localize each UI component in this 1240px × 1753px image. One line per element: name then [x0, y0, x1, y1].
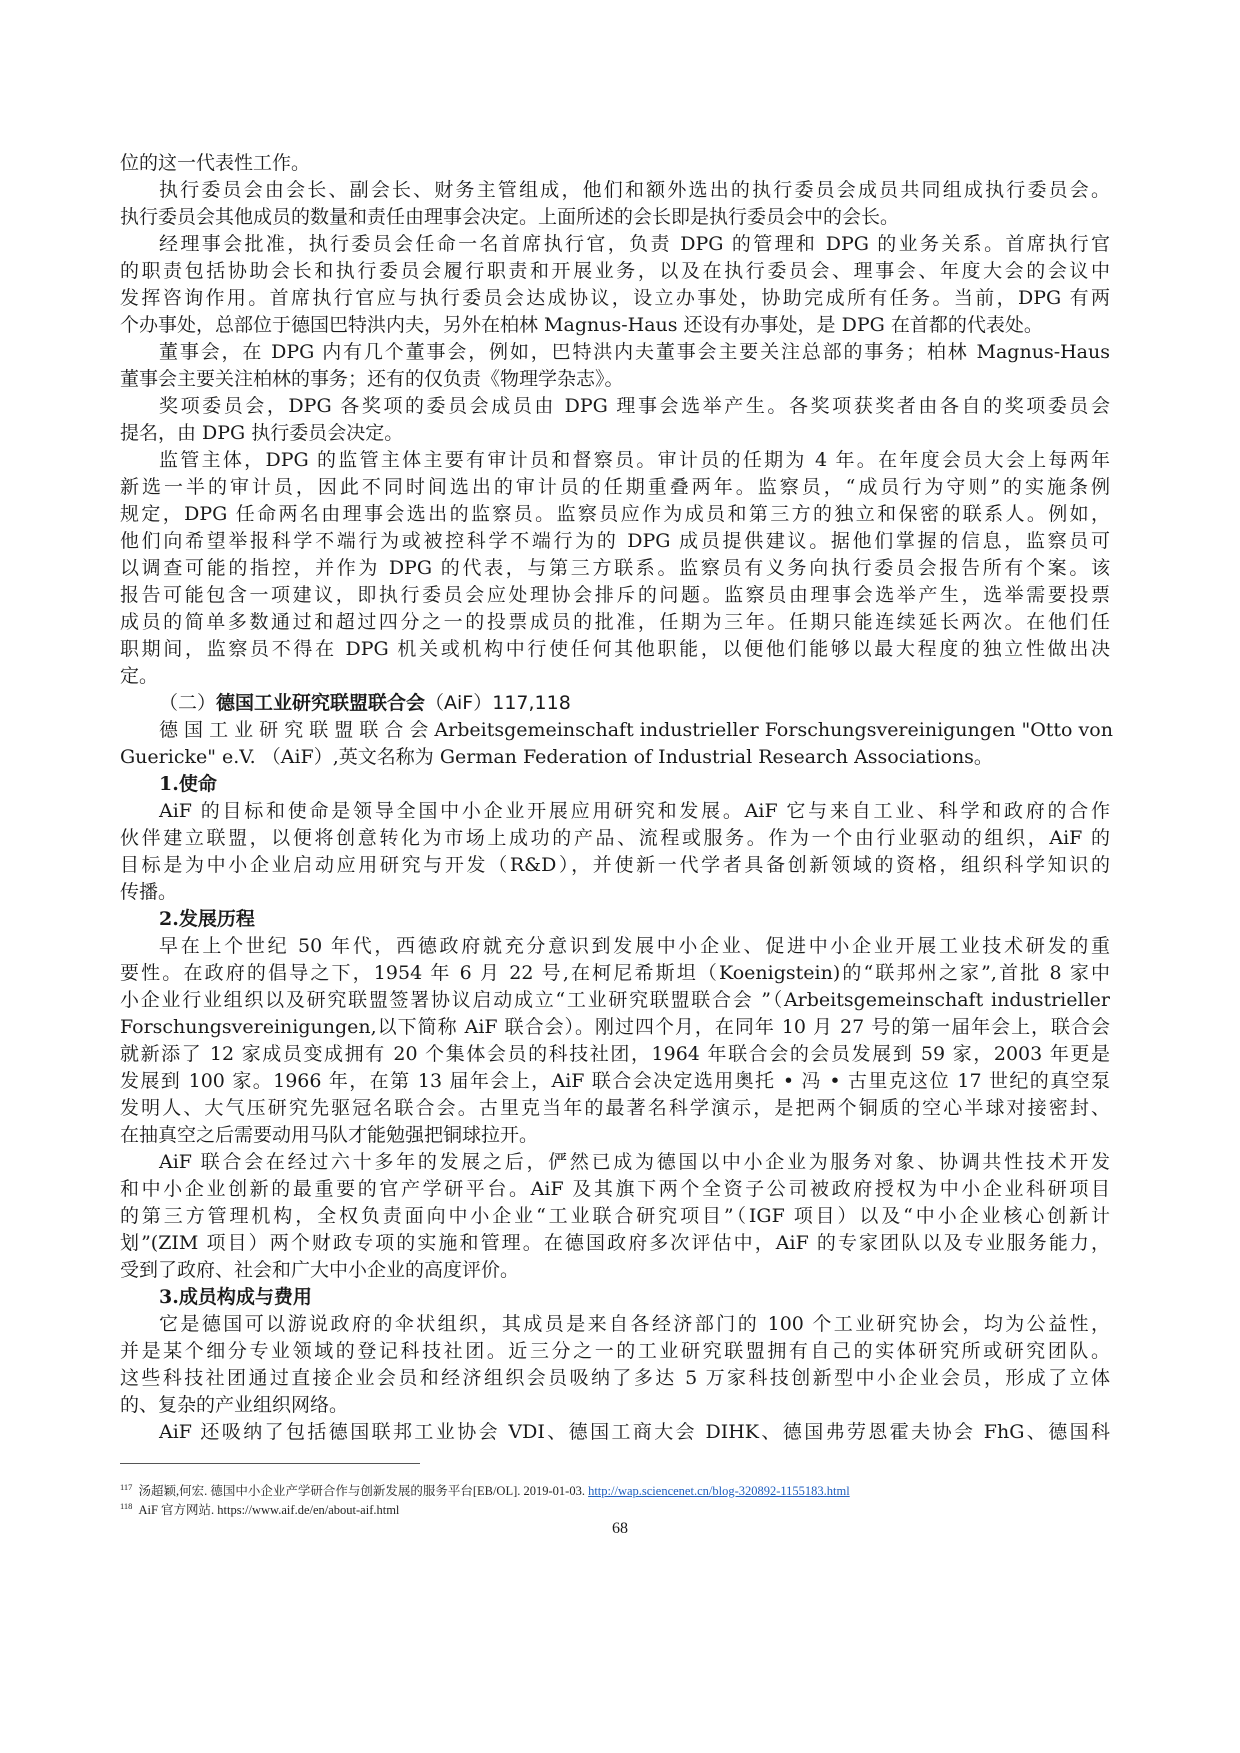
- footnote-118: 118AiF 官方网站. https://www.aif.de/en/about…: [120, 1497, 399, 1519]
- text-line: 早在上个世纪 50 年代，西德政府就充分意识到发展中小企业、促进中小企业开展工业…: [159, 933, 1110, 959]
- text-line: 新选一半的审计员，因此不同时间选出的审计员的任期重叠两年。监察员，“成员行为守则…: [120, 474, 1110, 500]
- text-line: 监管主体，DPG 的监管主体主要有审计员和督察员。审计员的任期为 4 年。在年度…: [159, 447, 1110, 473]
- text-line: 的、复杂的产业组织网络。: [120, 1392, 1110, 1418]
- text-line: 位的这一代表性工作。: [120, 150, 1110, 176]
- text-line: 的职责包括协助会长和执行委员会履行职责和开展业务，以及在执行委员会、理事会、年度…: [120, 258, 1110, 284]
- text-line: 和中小企业创新的最重要的官产学研平台。AiF 及其旗下两个全资子公司被政府授权为…: [120, 1176, 1110, 1202]
- footnote-text: 汤超颖,何宏. 德国中小企业产学研合作与创新发展的服务平台[EB/OL]. 20…: [138, 1484, 588, 1498]
- text-line: 提名，由 DPG 执行委员会决定。: [120, 420, 1110, 446]
- text-line: 发挥咨询作用。首席执行官应与执行委员会达成协议，设立办事处，协助完成所有任务。当…: [120, 285, 1110, 311]
- text-line: 规定，DPG 任命两名由理事会选出的监察员。监察员应作为成员和第三方的独立和保密…: [120, 501, 1110, 527]
- text-line: AiF 的目标和使命是领导全国中小企业开展应用研究和发展。AiF 它与来自工业、…: [159, 798, 1110, 824]
- text-line: 报告可能包含一项建议，即执行委员会应处理协会排斥的问题。监察员由理事会选举产生，…: [120, 582, 1110, 608]
- footnote-link[interactable]: http://wap.sciencenet.cn/blog-320892-115…: [588, 1484, 850, 1498]
- text-line: 就新添了 12 家成员变成拥有 20 个集体会员的科技社团，1964 年联合会的…: [120, 1041, 1110, 1067]
- section-prefix: （二）: [159, 692, 216, 714]
- subsection-heading-history: 2.发展历程: [159, 906, 1110, 932]
- text-line: 小企业行业组织以及研究联盟签署协议启动成立“工业研究联盟联合会 ”（Arbeit…: [120, 987, 1110, 1013]
- text-line: 划”(ZIM 项目）两个财政专项的实施和管理。在德国政府多次评估中，AiF 的专…: [120, 1230, 1110, 1256]
- footnote-ref[interactable]: 117,118: [492, 692, 571, 714]
- text-line: 执行委员会其他成员的数量和责任由理事会决定。上面所述的会长即是执行委员会中的会长…: [120, 204, 1110, 230]
- text-line: AiF 联合会在经过六十多年的发展之后，俨然已成为德国以中小企业为服务对象、协调…: [159, 1149, 1110, 1175]
- footnote-text: AiF 官方网站. https://www.aif.de/en/about-ai…: [138, 1503, 399, 1517]
- document-page: 位的这一代表性工作。 执行委员会由会长、副会长、财务主管组成，他们和额外选出的执…: [0, 0, 1240, 1753]
- text-line: 在抽真空之后需要动用马队才能勉强把铜球拉开。: [120, 1122, 1110, 1148]
- text-line: 奖项委员会，DPG 各奖项的委员会成员由 DPG 理事会选举产生。各奖项获奖者由…: [159, 393, 1110, 419]
- text-line: 受到了政府、社会和广大中小企业的高度评价。: [120, 1257, 1110, 1283]
- subsection-heading-mission: 1.使命: [159, 771, 1110, 797]
- section-abbr: （AiF）: [425, 692, 492, 714]
- footnote-number: 117: [120, 1482, 132, 1492]
- text-line: 定。: [120, 663, 1110, 689]
- text-line: 传播。: [120, 879, 1110, 905]
- text-line: 发展到 100 家。1966 年，在第 13 届年会上，AiF 联合会决定选用奥…: [120, 1068, 1110, 1094]
- text-line: 以调查可能的指控，并作为 DPG 的代表，与第三方联系。监察员有义务向执行委员会…: [120, 555, 1110, 581]
- text-line: Guericke" e.V. （AiF）,英文名称为 German Federa…: [120, 744, 1110, 770]
- text-line: 的第三方管理机构，全权负责面向中小企业“工业联合研究项目”（IGF 项目）以及“…: [120, 1203, 1110, 1229]
- text-line: 董事会，在 DPG 内有几个董事会，例如，巴特洪内夫董事会主要关注总部的事务；柏…: [159, 339, 1110, 365]
- text-line: 要性。在政府的倡导之下，1954 年 6 月 22 号,在柯尼希斯坦（Koeni…: [120, 960, 1110, 986]
- text-line: 发明人、大气压研究先驱冠名联合会。古里克当年的最著名科学演示，是把两个铜质的空心…: [120, 1095, 1110, 1121]
- text-line: 他们向希望举报科学不端行为或被控科学不端行为的 DPG 成员提供建议。据他们掌握…: [120, 528, 1110, 554]
- text-line: 成员的简单多数通过和超过四分之一的投票成员的批准，任期为三年。任期只能连续延长两…: [120, 609, 1110, 635]
- text-line: 并是某个细分专业领域的登记科技社团。近三分之一的工业研究联盟拥有自己的实体研究所…: [120, 1338, 1110, 1364]
- subsection-heading-membership: 3.成员构成与费用: [159, 1284, 1110, 1310]
- text-line: 董事会主要关注柏林的事务；还有的仅负责《物理学杂志》。: [120, 366, 1110, 392]
- page-number: 68: [0, 1520, 1240, 1538]
- text-line: 它是德国可以游说政府的伞状组织，其成员是来自各经济部门的 100 个工业研究协会…: [159, 1311, 1110, 1337]
- text-line: 职期间，监察员不得在 DPG 机关或机构中行使任何其他职能，以便他们能够以最大程…: [120, 636, 1110, 662]
- text-line: 经理事会批准，执行委员会任命一名首席执行官，负责 DPG 的管理和 DPG 的业…: [159, 231, 1110, 257]
- text-line: 伙伴建立联盟，以便将创意转化为市场上成功的产品、流程或服务。作为一个由行业驱动的…: [120, 825, 1110, 851]
- text-line: 个办事处，总部位于德国巴特洪内夫，另外在柏林 Magnus-Haus 还设有办事…: [120, 312, 1110, 338]
- section-title: 德国工业研究联盟联合会: [216, 692, 425, 714]
- footnote-divider: [120, 1463, 420, 1464]
- section-heading: （二）德国工业研究联盟联合会（AiF）117,118: [159, 690, 1110, 716]
- footnote-number: 118: [120, 1501, 132, 1511]
- text-line: 执行委员会由会长、副会长、财务主管组成，他们和额外选出的执行委员会成员共同组成执…: [159, 177, 1110, 203]
- text-line: 这些科技社团通过直接企业会员和经济组织会员吸纳了多达 5 万家科技创新型中小企业…: [120, 1365, 1110, 1391]
- text-line: AiF 还吸纳了包括德国联邦工业协会 VDI、德国工商大会 DIHK、德国弗劳恩…: [159, 1419, 1110, 1445]
- text-line: Forschungsvereinigungen,以下简称 AiF 联合会）。刚过…: [120, 1014, 1110, 1040]
- text-line: 德 国 工 业 研 究 联 盟 联 合 会 Arbeitsgemeinschaf…: [159, 717, 1110, 743]
- text-line: 目标是为中小企业启动应用研究与开发（R&D），并使新一代学者具备创新领域的资格，…: [120, 852, 1110, 878]
